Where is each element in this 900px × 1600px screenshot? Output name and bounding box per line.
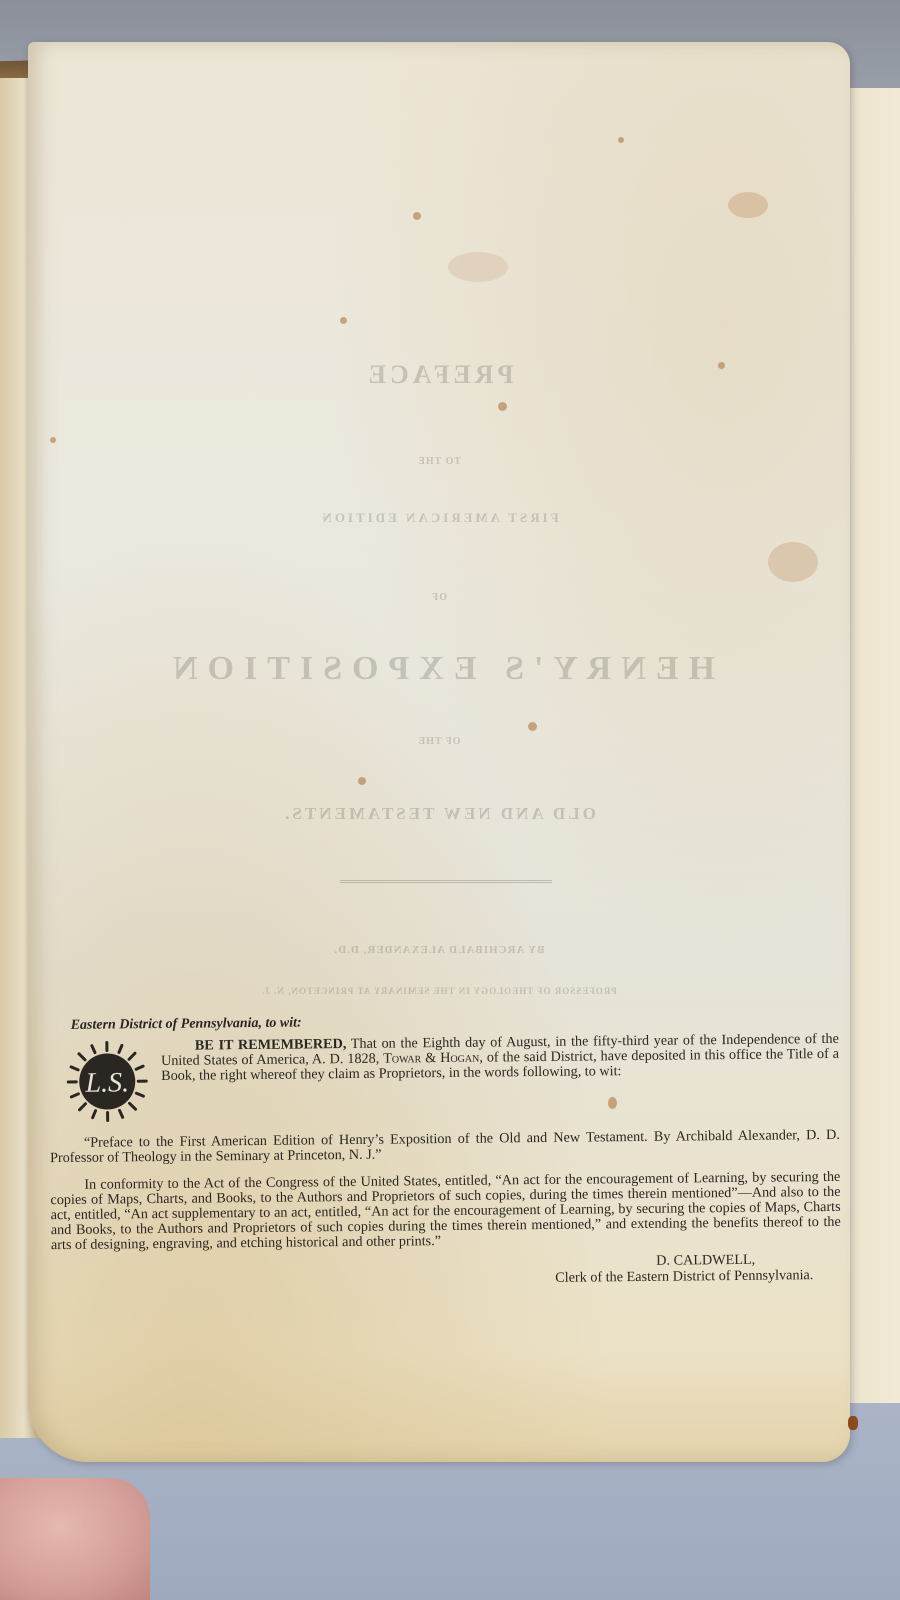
show-through-testaments: OLD AND NEW TESTAMENTS. xyxy=(28,804,850,824)
foxing-spot xyxy=(768,542,818,582)
copyright-notice: Eastern District of Pennsylvania, to wit… xyxy=(49,1010,842,1291)
foxing-spot xyxy=(50,437,56,443)
foxing-spot xyxy=(618,137,624,143)
book-title-quote: “Preface to the First American Edition o… xyxy=(50,1128,840,1166)
signature-title: Clerk of the Eastern District of Pennsyl… xyxy=(555,1267,813,1286)
foxing-spot xyxy=(340,317,347,324)
foxing-spot xyxy=(728,192,768,218)
show-through-rule xyxy=(340,880,552,883)
seal-icon: L.S. xyxy=(65,1039,150,1124)
show-through-work: HENRY'S EXPOSITION xyxy=(28,650,850,688)
show-through-of: OF xyxy=(28,592,850,603)
book-page: PREFACE TO THE FIRST AMERICAN EDITION OF… xyxy=(28,42,850,1462)
show-through-to-the: TO THE xyxy=(28,456,850,467)
district-heading: Eastern District of Pennsylvania, to wit… xyxy=(71,1010,839,1034)
show-through-author: BY ARCHIBALD ALEXANDER, D.D. xyxy=(28,944,850,956)
page-corner-blot xyxy=(848,1416,858,1430)
foxing-spot xyxy=(498,402,507,411)
svg-text:L.S.: L.S. xyxy=(84,1067,129,1098)
remembered-paragraph: BE IT REMEMBERED, That on the Eighth day… xyxy=(161,1032,840,1123)
show-through-of-the: OF THE xyxy=(28,736,850,747)
show-through-author-title: PROFESSOR OF THEOLOGY IN THE SEMINARY AT… xyxy=(28,986,850,996)
holding-finger xyxy=(0,1478,150,1600)
foxing-spot xyxy=(448,252,508,282)
show-through-title: PREFACE xyxy=(28,360,850,390)
foxing-spot xyxy=(528,722,537,731)
conformity-paragraph: In conformity to the Act of the Congress… xyxy=(50,1170,841,1253)
signature-block: D. CALDWELL, Clerk of the Eastern Distri… xyxy=(51,1251,841,1291)
foxing-spot xyxy=(358,777,366,785)
show-through-edition: FIRST AMERICAN EDITION xyxy=(28,510,850,526)
foxing-spot xyxy=(413,212,421,220)
